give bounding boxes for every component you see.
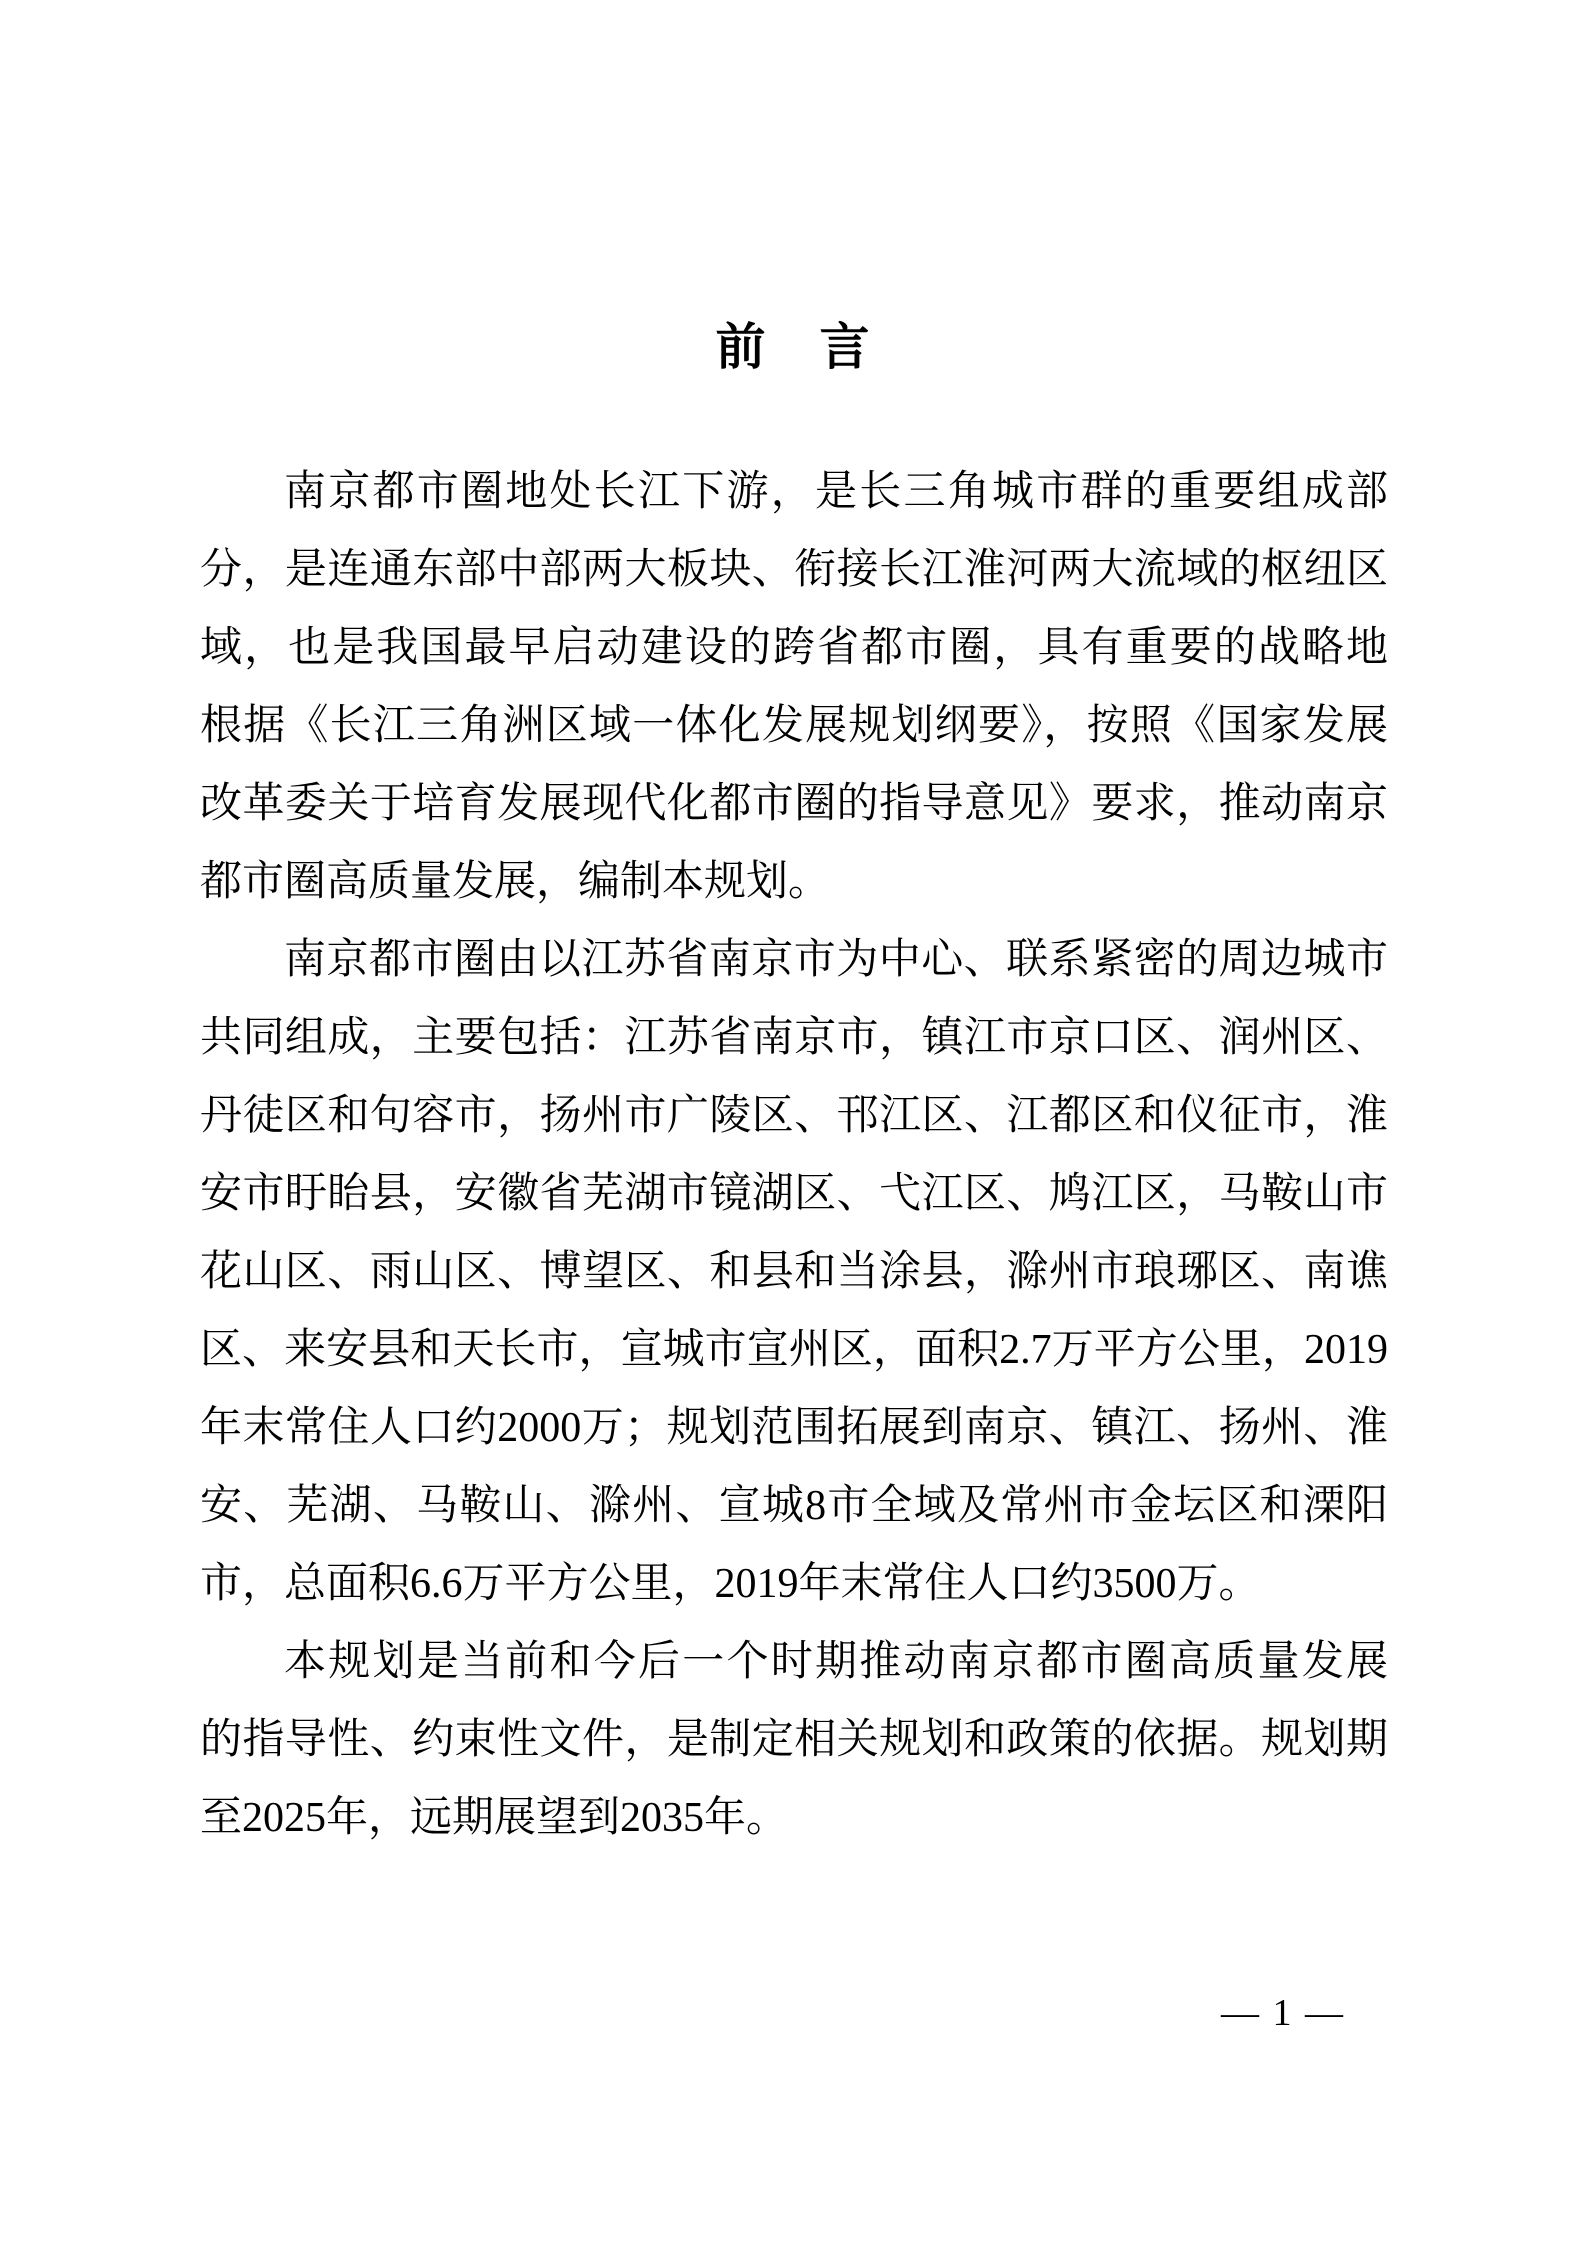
text-line: 本规划是当前和今后一个时期推动南京都市圈高质量发展 (200, 1623, 1388, 1701)
text-line: 丹徒区和句容市，扬州市广陵区、邗江区、江都区和仪征市，淮 (200, 1077, 1388, 1155)
text-line: 安市盱眙县，安徽省芜湖市镜湖区、弋江区、鸠江区，马鞍山市 (200, 1155, 1388, 1233)
text-line: 共同组成，主要包括：江苏省南京市，镇江市京口区、润州区、 (200, 999, 1388, 1077)
text-line: 域，也是我国最早启动建设的跨省都市圈，具有重要的战略地位。 (200, 609, 1388, 687)
text-line: 南京都市圈地处长江下游，是长三角城市群的重要组成部 (200, 453, 1388, 531)
text-line: 都市圈高质量发展，编制本规划。 (200, 843, 1388, 921)
text-line: 市，总面积6.6万平方公里，2019年末常住人口约3500万。 (200, 1545, 1388, 1623)
body-text: 南京都市圈地处长江下游，是长三角城市群的重要组成部分，是连通东部中部两大板块、衔… (200, 453, 1388, 1857)
page-number: — 1 — (1221, 1990, 1345, 2036)
text-line: 改革委关于培育发展现代化都市圈的指导意见》要求，推动南京 (200, 765, 1388, 843)
text-line: 花山区、雨山区、博望区、和县和当涂县，滁州市琅琊区、南谯 (200, 1233, 1388, 1311)
text-line: 的指导性、约束性文件，是制定相关规划和政策的依据。规划期 (200, 1701, 1388, 1779)
page-title: 前 言 (0, 318, 1587, 376)
document-page: 前 言 南京都市圈地处长江下游，是长三角城市群的重要组成部分，是连通东部中部两大… (0, 0, 1587, 2245)
text-line: 区、来安县和天长市，宣城市宣州区，面积2.7万平方公里，2019 (200, 1311, 1388, 1389)
text-line: 年末常住人口约2000万；规划范围拓展到南京、镇江、扬州、淮 (200, 1389, 1388, 1467)
text-line: 安、芜湖、马鞍山、滁州、宣城8市全域及常州市金坛区和溧阳 (200, 1467, 1388, 1545)
text-line: 南京都市圈由以江苏省南京市为中心、联系紧密的周边城市 (200, 921, 1388, 999)
text-line: 分，是连通东部中部两大板块、衔接长江淮河两大流域的枢纽区 (200, 531, 1388, 609)
text-line: 至2025年，远期展望到2035年。 (200, 1779, 1388, 1857)
text-line: 根据《长江三角洲区域一体化发展规划纲要》，按照《国家发展 (200, 687, 1388, 765)
